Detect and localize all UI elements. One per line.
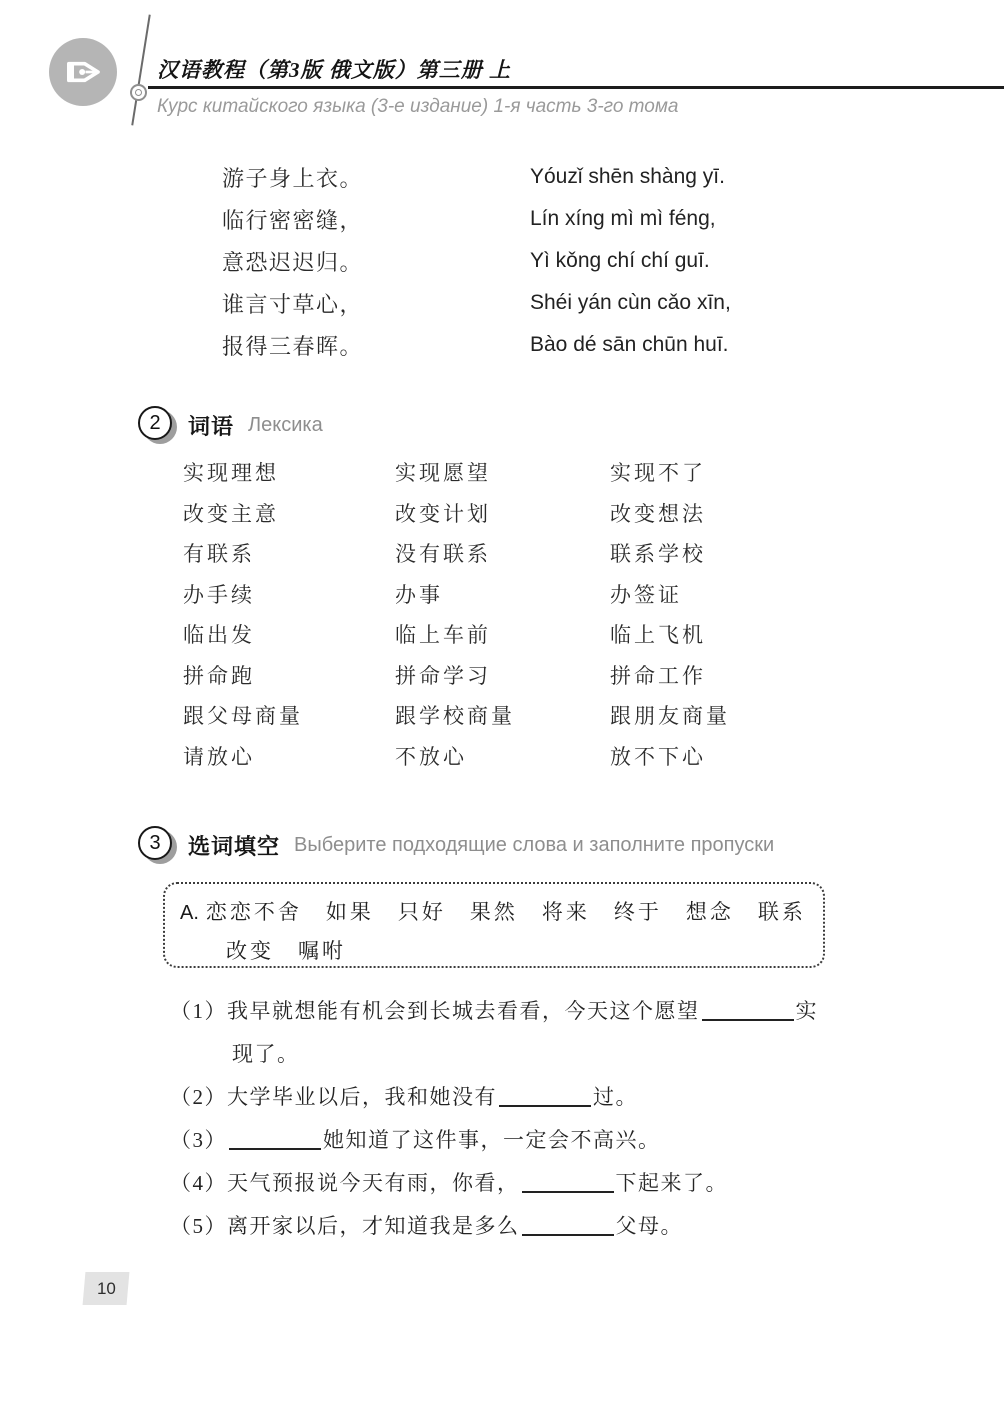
blank-line	[229, 1136, 321, 1150]
section-number: 3	[138, 826, 172, 860]
page-number-badge: 10	[83, 1272, 130, 1305]
vocab-item: 放不下心	[610, 741, 840, 771]
page-number: 10	[97, 1279, 116, 1299]
blank-line	[702, 1007, 794, 1021]
section-number-badge: 2	[138, 406, 178, 444]
exercise-item-5: （5）离开家以后，才知道我是多么父母。	[170, 1205, 950, 1248]
book-subtitle-russian: Курс китайского языка (3-е издание) 1-я …	[157, 96, 678, 118]
vocab-item: 改变想法	[610, 498, 840, 528]
blank-line	[499, 1093, 591, 1107]
exercise-item-1-continuation: 现了。	[170, 1033, 950, 1076]
vocab-item: 跟学校商量	[395, 700, 610, 730]
section-number-badge: 3	[138, 826, 178, 864]
vocab-item: 请放心	[183, 741, 395, 771]
poem-line-pinyin: Lín xíng mì mì féng,	[530, 207, 731, 231]
section-title-zh: 选词填空	[188, 830, 280, 861]
vocab-item: 拼命学习	[395, 660, 610, 690]
section-title-ru: Выберите подходящие слова и заполните пр…	[294, 834, 774, 857]
poem-block: 游子身上衣。 Yóuzǐ shēn shàng yī. 临行密密缝， Lín x…	[222, 156, 731, 366]
vocab-item: 临出发	[183, 619, 395, 649]
poem-line-zh: 意恐迟迟归。	[222, 246, 530, 277]
exercise-list: （1）我早就想能有机会到长城去看看，今天这个愿望实 现了。 （2）大学毕业以后，…	[170, 990, 950, 1248]
poem-line-pinyin: Shéi yán cùn cǎo xīn,	[530, 291, 731, 315]
exercise-text: （2）大学毕业以后，我和她没有	[170, 1085, 497, 1109]
poem-line-pinyin: Yì kǒng chí chí guī.	[530, 249, 731, 273]
publisher-logo	[49, 38, 117, 106]
word-bank-words-line2: 改变 嘱咐	[226, 935, 809, 965]
vocab-item: 改变计划	[395, 498, 610, 528]
poem-line-pinyin: Bào dé sān chūn huī.	[530, 333, 731, 357]
exercise-item-1: （1）我早就想能有机会到长城去看看，今天这个愿望实	[170, 990, 950, 1033]
exercise-text: 过。	[593, 1085, 638, 1109]
vocab-item: 改变主意	[183, 498, 395, 528]
vocab-item: 办事	[395, 579, 610, 609]
vocab-item: 没有联系	[395, 538, 610, 568]
vocab-item: 临上车前	[395, 619, 610, 649]
vocab-item: 临上飞机	[610, 619, 840, 649]
poem-line-zh: 临行密密缝，	[222, 204, 530, 235]
vocab-item: 办签证	[610, 579, 840, 609]
section-2-header: 2 词语 Лексика	[138, 406, 323, 444]
vocab-item: 实现不了	[610, 457, 840, 487]
vocab-item: 办手续	[183, 579, 395, 609]
poem-line-zh: 报得三春晖。	[222, 330, 530, 361]
vocab-item: 跟朋友商量	[610, 700, 840, 730]
header-rule	[148, 86, 1004, 89]
vocab-item: 拼命跑	[183, 660, 395, 690]
vocab-item: 不放心	[395, 741, 610, 771]
word-bank-words-line1: 恋恋不舍 如果 只好 果然 将来 终于 想念 联系	[206, 896, 806, 926]
vocab-item: 拼命工作	[610, 660, 840, 690]
vocab-item: 有联系	[183, 538, 395, 568]
vocab-item: 联系学校	[610, 538, 840, 568]
exercise-text: 她知道了这件事，一定会不高兴。	[323, 1128, 661, 1152]
exercise-text: （3）	[170, 1128, 227, 1152]
vocab-item: 实现理想	[183, 457, 395, 487]
section-3-header: 3 选词填空 Выберите подходящие слова и запол…	[138, 826, 774, 864]
section-title-zh: 词语	[188, 410, 234, 441]
exercise-text: 父母。	[616, 1214, 684, 1238]
word-bank-box: A. 恋恋不舍 如果 只好 果然 将来 终于 想念 联系 改变 嘱咐	[163, 882, 825, 968]
poem-line-pinyin: Yóuzǐ shēn shàng yī.	[530, 165, 731, 189]
exercise-item-2: （2）大学毕业以后，我和她没有过。	[170, 1076, 950, 1119]
vocab-item: 跟父母商量	[183, 700, 395, 730]
pen-nib-icon	[63, 52, 103, 92]
exercise-item-4: （4）天气预报说今天有雨，你看，下起来了。	[170, 1162, 950, 1205]
exercise-text: 下起来了。	[616, 1171, 729, 1195]
header-ring-ornament	[130, 84, 147, 101]
exercise-text: 实	[796, 999, 819, 1023]
header-slant-line	[131, 15, 150, 126]
section-title-ru: Лексика	[248, 414, 323, 437]
blank-line	[522, 1222, 614, 1236]
poem-line-zh: 谁言寸草心，	[222, 288, 530, 319]
exercise-item-3: （3）她知道了这件事，一定会不高兴。	[170, 1119, 950, 1162]
exercise-text: （4）天气预报说今天有雨，你看，	[170, 1171, 520, 1195]
poem-line-zh: 游子身上衣。	[222, 162, 530, 193]
word-bank-label: A.	[180, 902, 199, 925]
blank-line	[522, 1179, 614, 1193]
exercise-text: （1）我早就想能有机会到长城去看看，今天这个愿望	[170, 999, 700, 1023]
vocabulary-grid: 实现理想 实现愿望 实现不了 改变主意 改变计划 改变想法 有联系 没有联系 联…	[183, 452, 840, 776]
exercise-text: （5）离开家以后，才知道我是多么	[170, 1214, 520, 1238]
book-title: 汉语教程（第3版 俄文版）第三册 上	[157, 54, 511, 84]
vocab-item: 实现愿望	[395, 457, 610, 487]
section-number: 2	[138, 406, 172, 440]
